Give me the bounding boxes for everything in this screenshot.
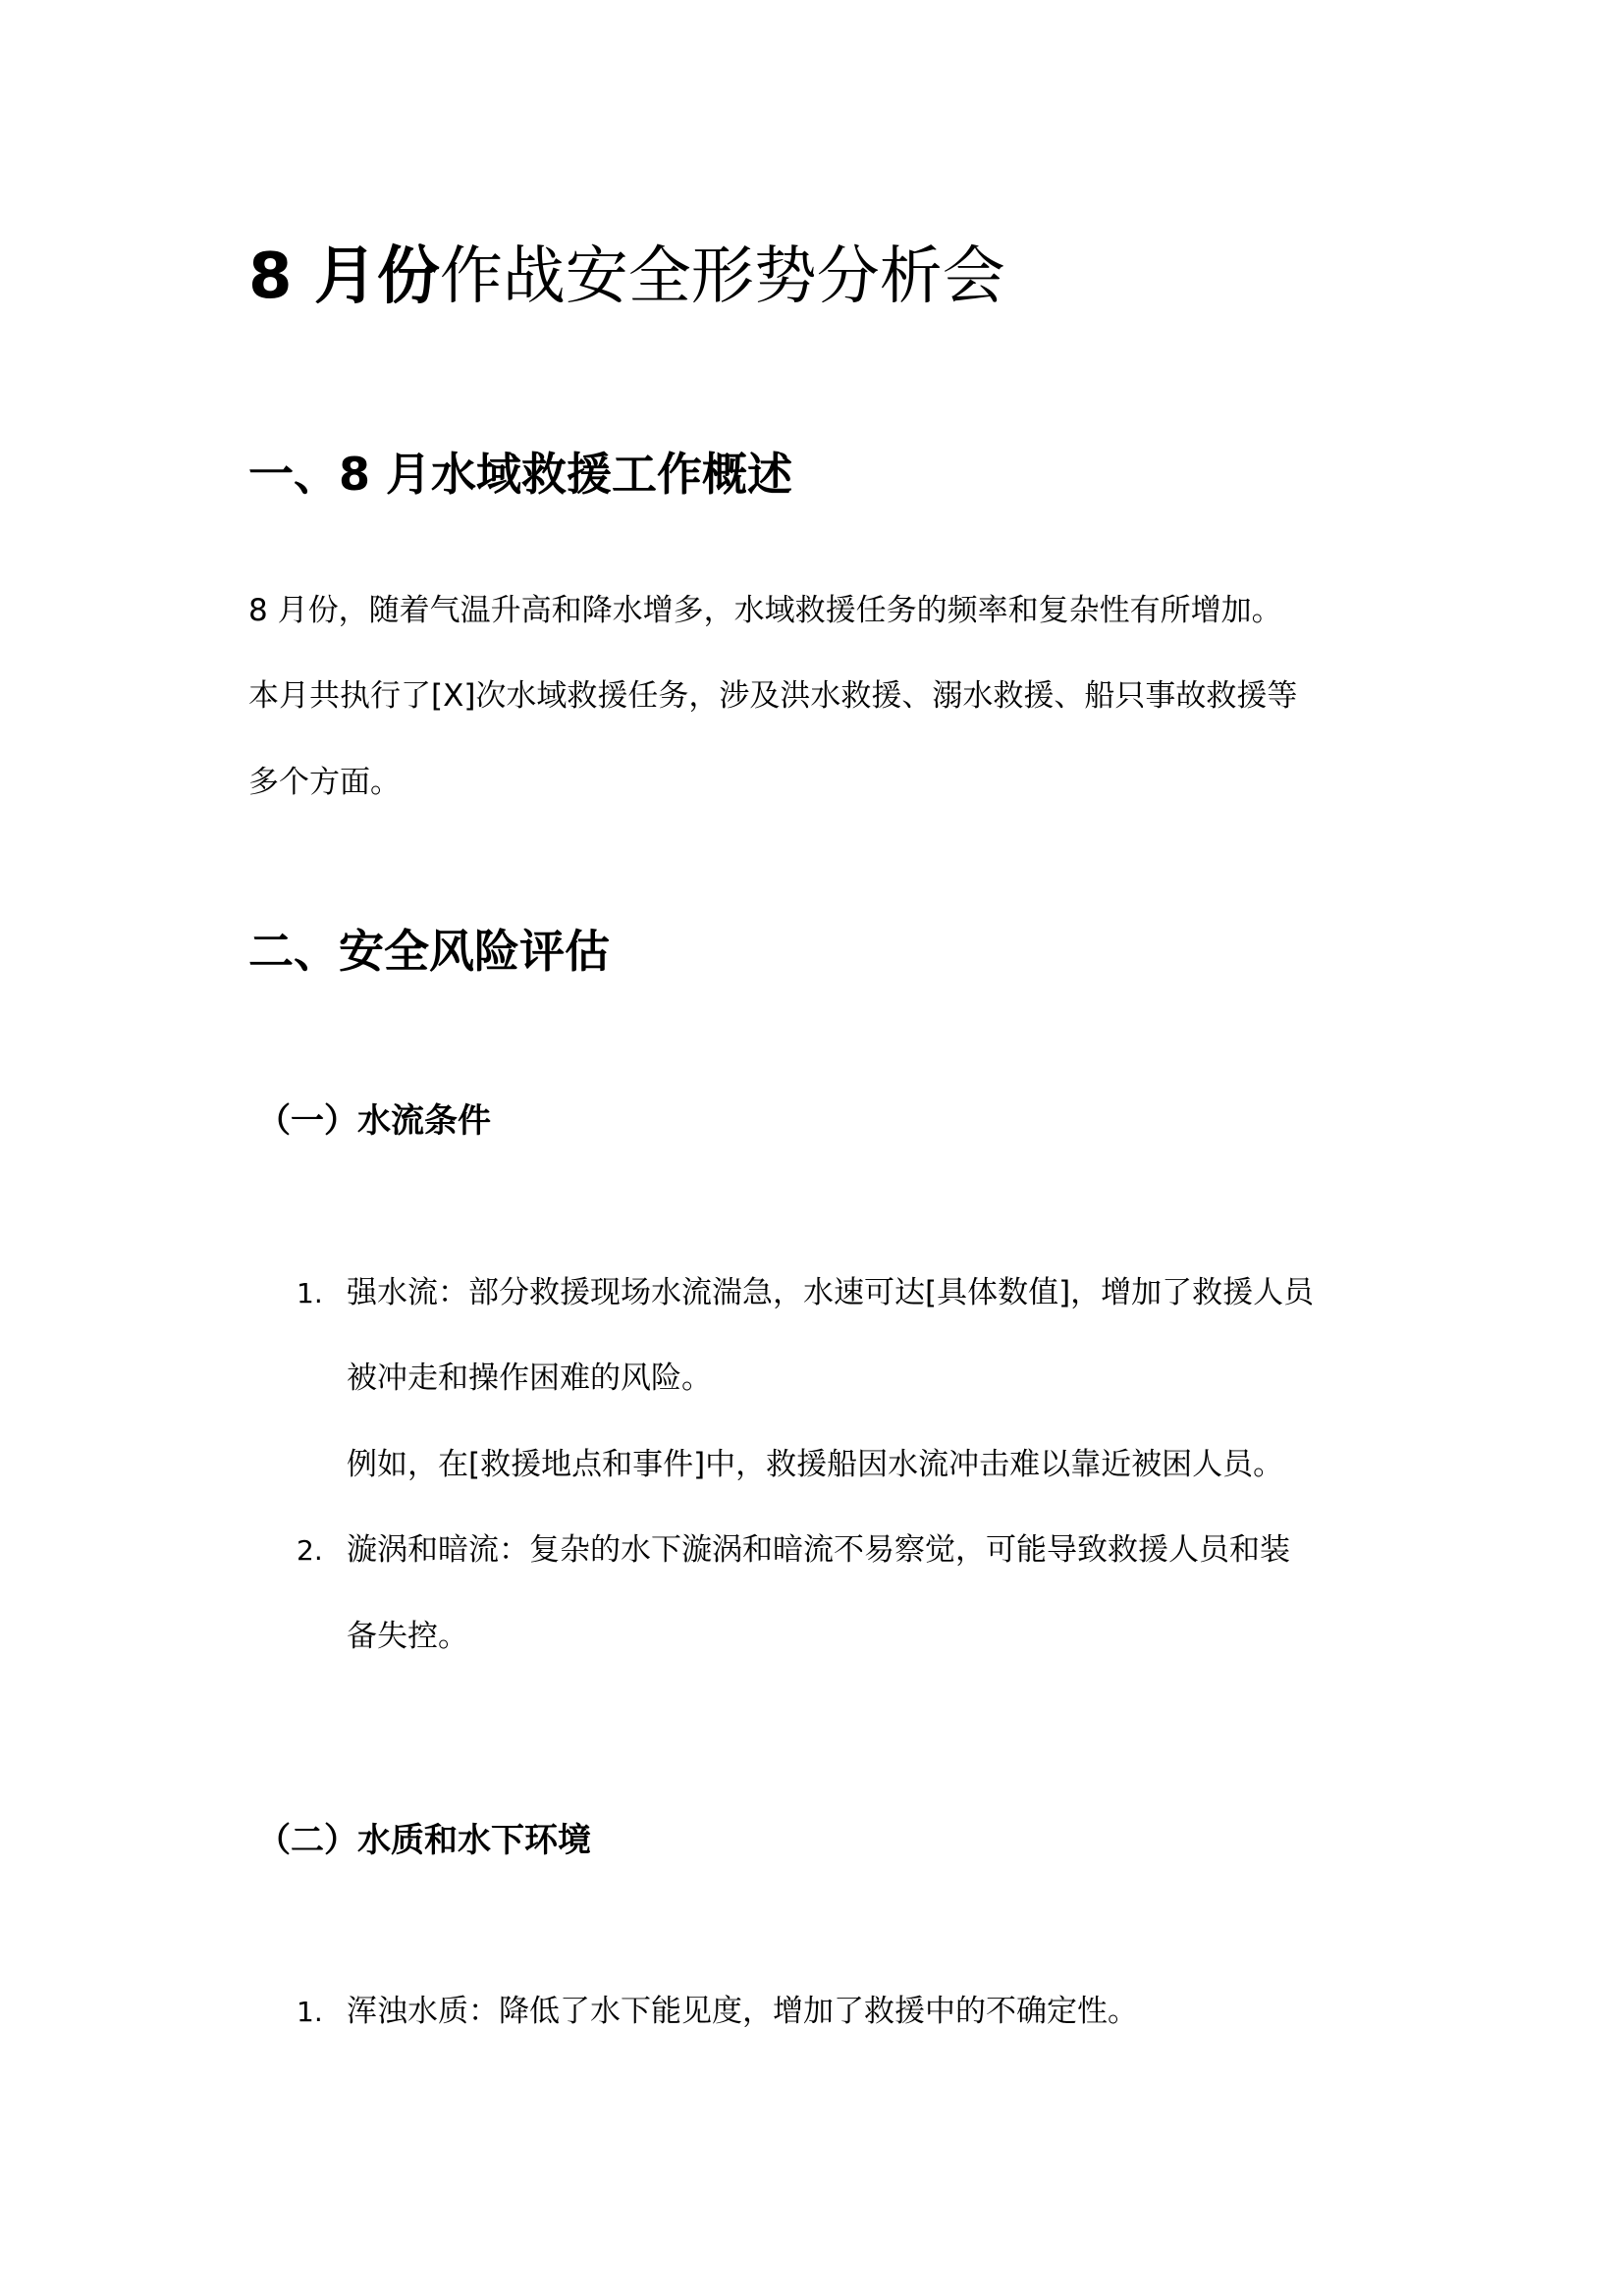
subsection-heading-water-quality: （二）水质和水下环境: [257, 1824, 591, 1857]
paragraph-line: 多个方面。: [248, 768, 401, 798]
list-item-number: 1.: [297, 1280, 323, 1308]
list-item-line: 例如，在[救援地点和事件]中，救援船因水流冲击难以靠近被困人员。: [347, 1450, 1283, 1480]
list-item-line: 浑浊水质：降低了水下能见度，增加了救援中的不确定性。: [347, 1997, 1138, 2027]
list-item-number: 2.: [297, 1537, 323, 1565]
paragraph-line: 8 月份，随着气温升高和降水增多，水域救援任务的频率和复杂性有所增加。: [248, 596, 1282, 626]
subsection-heading-water-flow: （一）水流条件: [257, 1104, 491, 1138]
paragraph-line: 本月共执行了[X]次水域救援任务，涉及洪水救援、溺水救援、船只事故救援等: [248, 681, 1297, 712]
section-heading-overview: 一、8 月水域救援工作概述: [248, 452, 792, 497]
list-item-line: 备失控。: [347, 1622, 468, 1652]
title-bold-part: 8 月份: [248, 240, 440, 313]
list-item-line: 被冲走和操作困难的风险。: [347, 1363, 712, 1394]
list-item-line: 强水流：部分救援现场水流湍急，水速可达[具体数值]，增加了救援人员: [347, 1278, 1314, 1308]
title-normal-part: 作战安全形势分析会: [440, 240, 1005, 313]
document-title: 8 月份作战安全形势分析会: [248, 245, 1005, 308]
section-heading-risk-assessment: 二、安全风险评估: [248, 929, 610, 974]
list-item-line: 漩涡和暗流：复杂的水下漩涡和暗流不易察觉，可能导致救援人员和装: [347, 1535, 1290, 1566]
list-item-number: 1.: [297, 1999, 323, 2026]
